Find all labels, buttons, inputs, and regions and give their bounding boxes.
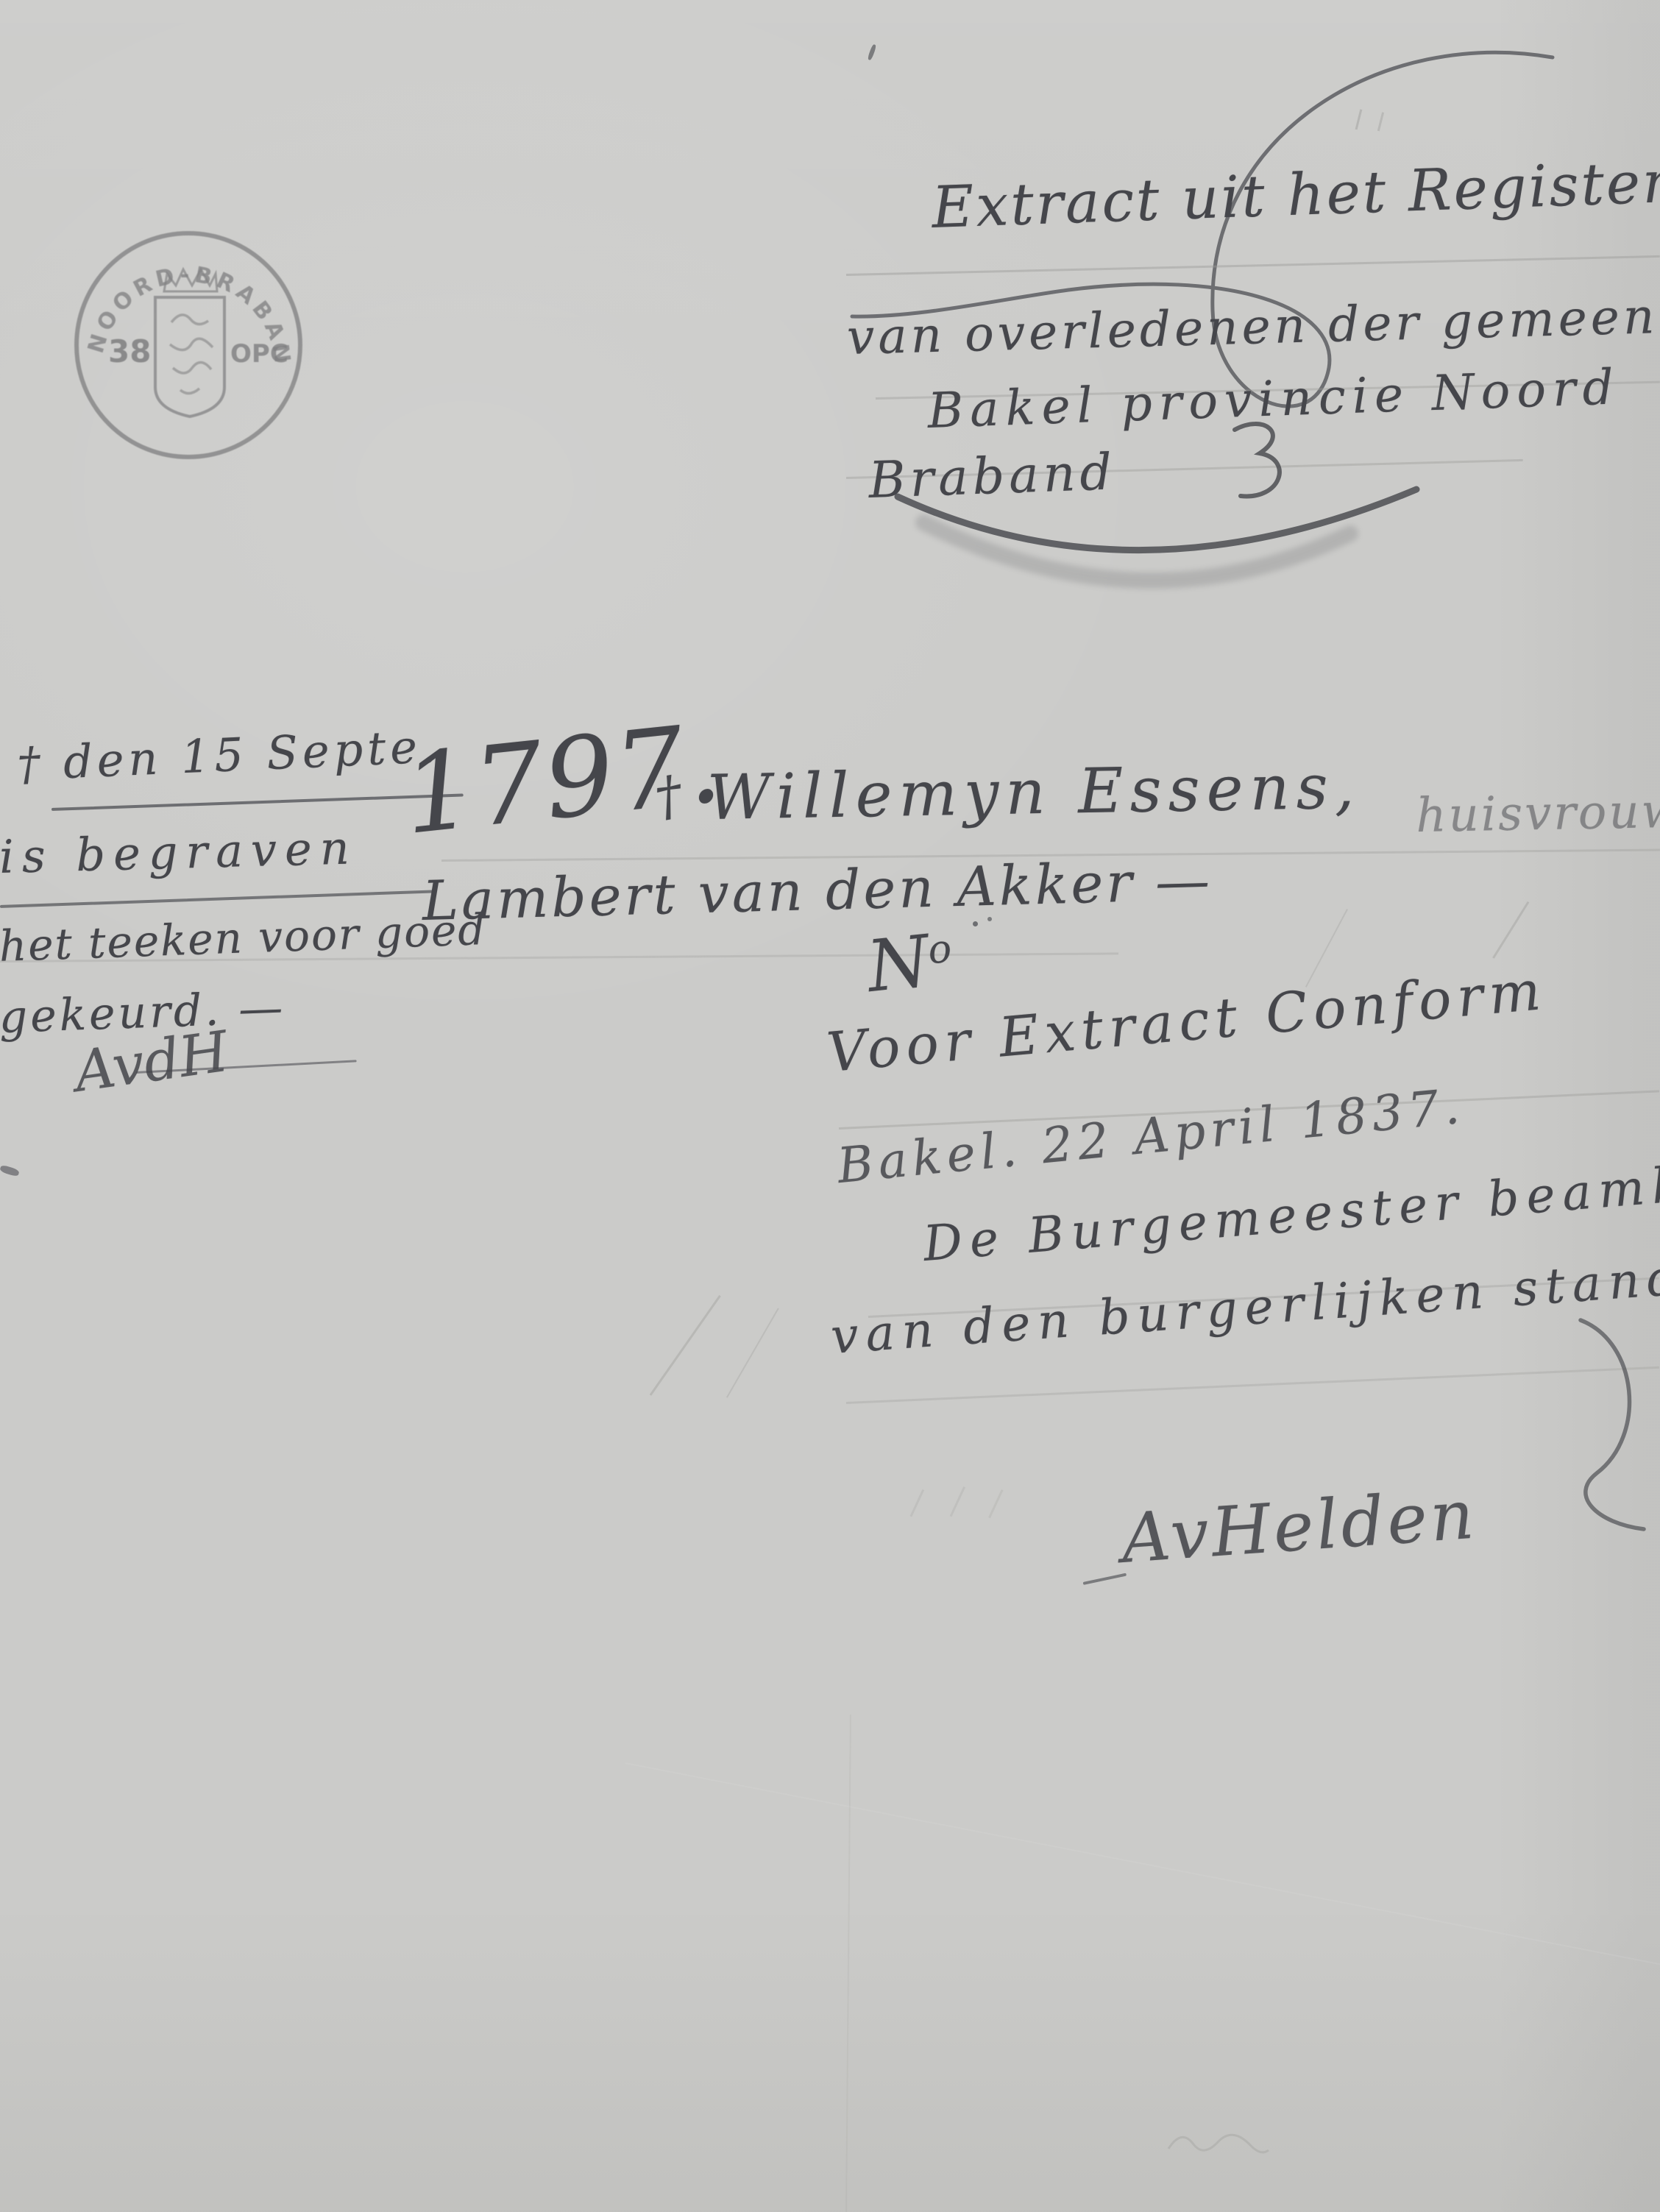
numero-n: N [863, 920, 933, 1008]
ghost-pencil-mark [988, 1489, 1003, 1518]
ink-underline [52, 793, 464, 811]
pencil-baseline [846, 1366, 1659, 1404]
entry-name-tail: huisvrouw van [1416, 782, 1660, 843]
signature-lead-stroke [1083, 1573, 1127, 1585]
fiscal-stamp: NOORD-BRABAND 38 OPC [70, 227, 307, 464]
ink-underline [0, 890, 434, 908]
stamp-lion [170, 315, 213, 394]
cert-dateline: Bakel. 22 April 1837. [835, 1077, 1467, 1194]
stamp-shield [155, 297, 224, 416]
paper-crease [845, 1715, 851, 2212]
ghost-pencil-mark [910, 1489, 925, 1517]
stamp-left-number: 38 [108, 333, 151, 369]
scratch-mark [650, 1295, 721, 1396]
scratch-mark [1492, 901, 1529, 959]
ghost-pencil-mark [950, 1486, 965, 1517]
scanned-register-extract: NOORD-BRABAND 38 OPC Extract uit het Reg… [0, 0, 1660, 2212]
margin-line-1: † den 15 Septe. [16, 719, 441, 791]
numero-abbrev: No [863, 918, 957, 1008]
margin-line-2: is begraven [0, 820, 358, 884]
ink-dot [987, 917, 992, 921]
trailing-flourish [1567, 1302, 1660, 1545]
faint-squiggle [1163, 2119, 1273, 2163]
entry-name: Willemyn Essens, [706, 751, 1361, 834]
stamp-right-text: OPC [230, 339, 288, 369]
entry-line-2: Lambert van den Akker — [422, 849, 1213, 933]
paper-hairline [625, 1762, 1660, 1974]
underline-swash [879, 471, 1446, 633]
ink-dot [973, 921, 978, 926]
scratch-mark [726, 1308, 779, 1397]
numero-sup-o: o [926, 926, 954, 973]
burgemeester-signature: AvHelden [1119, 1475, 1480, 1578]
ink-speck [0, 1164, 20, 1177]
